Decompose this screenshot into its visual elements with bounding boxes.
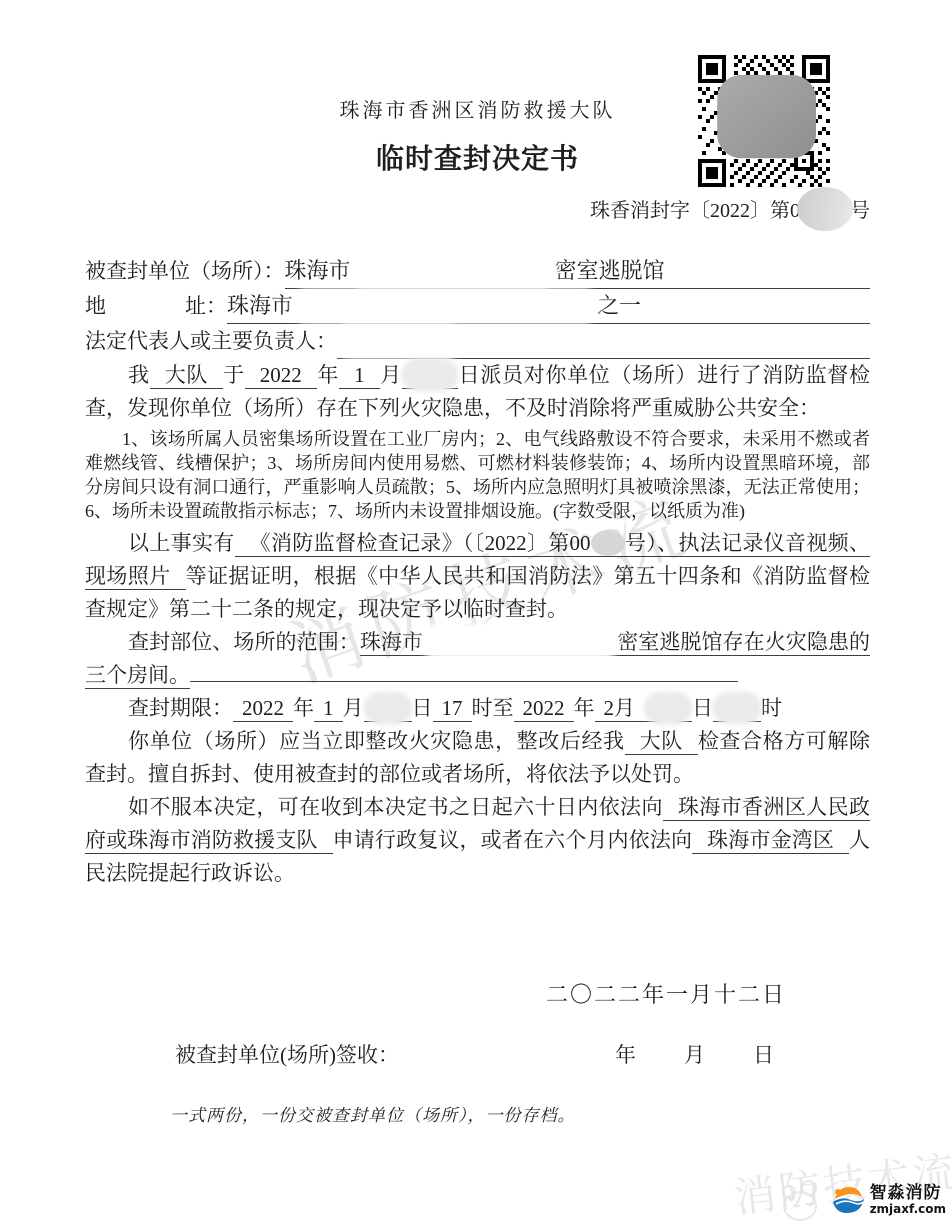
address-prefix: 珠海市 bbox=[227, 293, 293, 318]
field-legal-rep: 法定代表人或主要负责人： bbox=[85, 324, 870, 359]
field-value-line bbox=[337, 324, 870, 359]
fill-in: 1 bbox=[339, 363, 380, 389]
doc-number-suffix: 号 bbox=[850, 200, 870, 222]
sign-label: 被查封单位(场所)签收： bbox=[175, 1039, 399, 1069]
redaction-blob bbox=[797, 187, 853, 231]
redaction-blob bbox=[646, 694, 690, 722]
fill-in: 2月 bbox=[595, 696, 645, 722]
field-sealed-unit: 被查封单位（场所）： 珠海市密室逃脱馆 bbox=[85, 254, 870, 289]
copies-note: 一式两份，一份交被查封单位（场所），一份存档。 bbox=[170, 1101, 870, 1126]
fill-in: 17 bbox=[433, 696, 472, 722]
text: 月 bbox=[343, 696, 364, 720]
text: 年 bbox=[317, 363, 339, 387]
sign-month: 月 bbox=[684, 1039, 705, 1069]
field-address: 地址： 珠海市之一 bbox=[85, 289, 870, 324]
text: 我 bbox=[128, 363, 150, 387]
unit-prefix: 珠海市 bbox=[285, 258, 351, 283]
fill-in: 大队 bbox=[150, 363, 223, 389]
text: 于 bbox=[223, 363, 245, 387]
text: 月 bbox=[380, 363, 402, 387]
fill-in: 2022 bbox=[245, 363, 317, 389]
doc-number-prefix: 珠香消封字〔2022〕第0 bbox=[590, 200, 800, 222]
redaction-blob bbox=[366, 694, 410, 722]
sign-off-row: 被查封单位(场所)签收： 年 月 日 bbox=[85, 1039, 870, 1069]
logo-name: 智淼消防 bbox=[870, 1184, 946, 1203]
text: 年 bbox=[574, 696, 595, 720]
field-label: 法定代表人或主要负责人： bbox=[85, 324, 337, 358]
redaction-blob bbox=[353, 258, 553, 284]
field-label: 地址： bbox=[85, 289, 227, 323]
field-value-line: 珠海市之一 bbox=[227, 289, 870, 324]
blank-line-filler bbox=[190, 679, 738, 682]
text: 时 bbox=[761, 696, 782, 720]
paragraph-rectify: 你单位（场所）应当立即整改火灾隐患，整改后经我大队检查合格方可解除查封。擅自拆封… bbox=[85, 725, 870, 791]
text: 等证据证明，根据《中华人民共和国消防法》第五十四条和《消防监督检查规定》第二十二… bbox=[85, 564, 870, 621]
fill-in: 《消防监督检查记录》（〔2022〕第00 bbox=[250, 531, 591, 555]
redaction-blob bbox=[295, 293, 595, 319]
sticker-doodle-icon bbox=[776, 1172, 828, 1228]
header-fields: 被查封单位（场所）： 珠海市密室逃脱馆 地址： 珠海市之一 法定代表人或主要负责… bbox=[85, 254, 870, 359]
text: 日 bbox=[412, 696, 433, 720]
field-label: 被查封单位（场所）： bbox=[85, 254, 285, 288]
paragraph-appeal: 如不服本决定，可在收到本决定书之日起六十日内依法向珠海市香洲区人民政府或珠海市消… bbox=[85, 791, 870, 890]
paragraph-evidence: 以上事实有《消防监督检查记录》（〔2022〕第00号）、执法记录仪音视频、现场照… bbox=[85, 527, 870, 626]
fill-in: 大队 bbox=[625, 729, 698, 755]
field-value-line: 珠海市密室逃脱馆 bbox=[285, 254, 871, 289]
fill-in: 2022 bbox=[514, 696, 574, 722]
text: 你单位（场所）应当立即整改火灾隐患，整改后经我 bbox=[128, 729, 625, 753]
fill-in: 珠海市金湾区 bbox=[692, 828, 849, 854]
redaction-blob bbox=[404, 361, 456, 389]
text: 日 bbox=[692, 696, 713, 720]
text: 查封部位、场所的范围： bbox=[128, 630, 360, 654]
logo-text-block: 智淼消防 zmjaxf.com bbox=[870, 1184, 946, 1216]
paragraph-hazards: 1、该场所属人员密集场所设置在工业厂房内；2、电气线路敷设不符合要求，未采用不燃… bbox=[85, 427, 870, 523]
paragraph-scope: 查封部位、场所的范围：珠海市密室逃脱馆存在火灾隐患的三个房间。 bbox=[85, 626, 870, 692]
text: 年 bbox=[293, 696, 314, 720]
qr-redaction-blob bbox=[717, 75, 816, 158]
text: 申请行政复议，或者在六个月内依法向 bbox=[333, 828, 693, 852]
issue-date: 二〇二二年一月十二日 bbox=[85, 978, 870, 1009]
unit-suffix: 密室逃脱馆 bbox=[555, 258, 665, 283]
text: 查封期限： bbox=[128, 696, 233, 720]
doc-number: 珠香消封字〔2022〕第0号 bbox=[85, 187, 870, 234]
qr-code bbox=[698, 55, 830, 187]
text: 如不服本决定，可在收到本决定书之日起六十日内依法向 bbox=[128, 795, 663, 819]
sign-day: 日 bbox=[753, 1039, 774, 1069]
fill-in: 2022 bbox=[233, 696, 293, 722]
redaction-blob bbox=[339, 328, 459, 354]
address-label-end: 址： bbox=[185, 289, 227, 323]
redaction-blob bbox=[425, 629, 615, 655]
paragraph-period: 查封期限：2022年1月日17时至2022年2月日时 bbox=[85, 692, 870, 725]
text: 以上事实有 bbox=[128, 531, 235, 555]
redaction-blob bbox=[591, 530, 625, 556]
logo-url: zmjaxf.com bbox=[870, 1203, 946, 1216]
address-suffix: 之一 bbox=[597, 293, 641, 318]
text: 时至 bbox=[472, 696, 514, 720]
fire-company-icon bbox=[830, 1184, 866, 1216]
fill-in: 1 bbox=[314, 696, 343, 722]
address-label-start: 地 bbox=[85, 289, 106, 323]
brand-logo: 智淼消防 zmjaxf.com bbox=[776, 1172, 946, 1228]
redaction-blob bbox=[715, 694, 759, 722]
paragraph-inspection: 我大队于2022年1月日派员对你单位（场所）进行了消防监督检查，发现你单位（场所… bbox=[85, 359, 870, 425]
fill-in: 珠海市 bbox=[360, 630, 423, 654]
sign-year: 年 bbox=[615, 1039, 636, 1069]
document-page: 消防技术流 消防技术流 珠海市香洲区消防救援大队 临时查封决定书 bbox=[0, 0, 952, 1232]
